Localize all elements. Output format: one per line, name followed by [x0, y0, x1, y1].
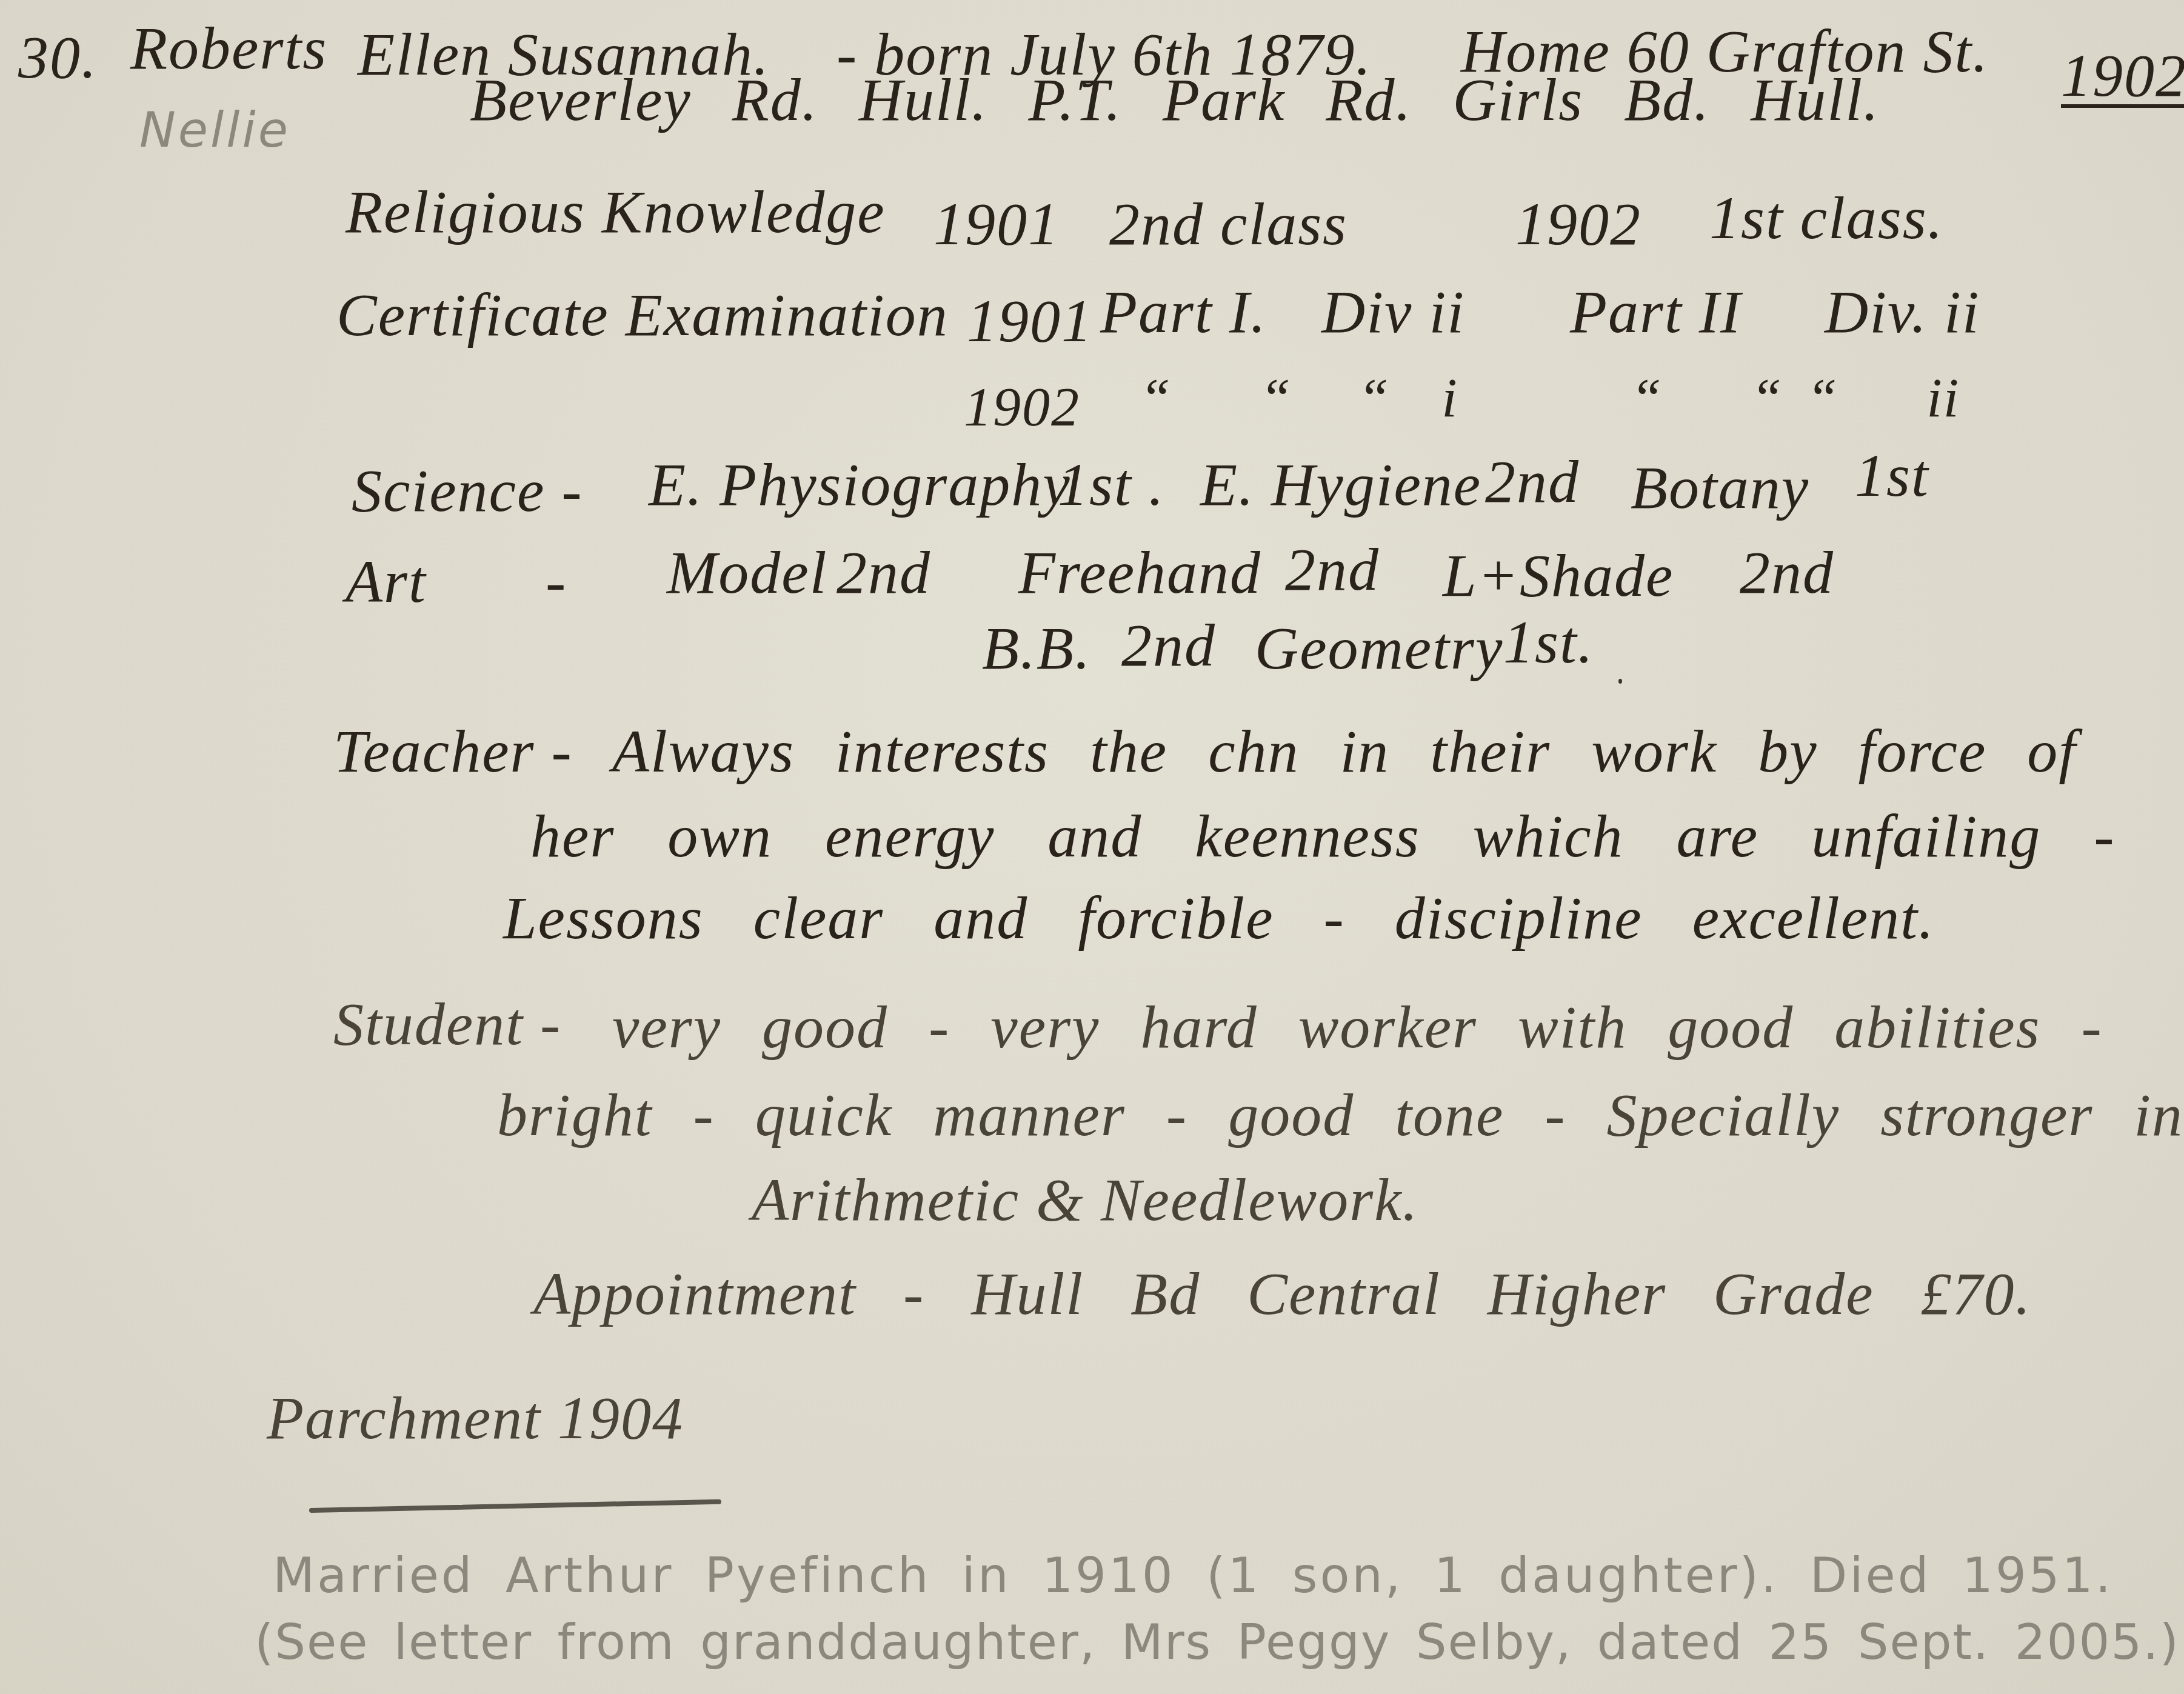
- science-grade-physiography: 1st .: [1058, 455, 1165, 515]
- register-page: 30. Roberts Ellen Susannah. - born July …: [0, 0, 2184, 1694]
- rk-year-1901: 1901: [933, 194, 1060, 255]
- student-line1: very good - very hard worker with good a…: [612, 997, 2103, 1058]
- student-line3: Arithmetic & Needlework.: [752, 1170, 1419, 1230]
- pencil-note-letter-reference: (See letter from granddaughter, Mrs Pegg…: [255, 1618, 2180, 1667]
- cert-1901-part2-div: Div. ii: [1825, 282, 1980, 342]
- cert-1902-part1: “ “: [1140, 370, 1292, 425]
- pencil-note-marriage: Married Arthur Pyefinch in 1910 (1 son, …: [273, 1552, 2113, 1600]
- art-label: Art: [346, 552, 427, 612]
- cert-1902-part2: “ “: [1631, 370, 1783, 425]
- cert-1901-year: 1901: [967, 291, 1093, 352]
- rk-result-1901: 2nd class: [1109, 194, 1347, 255]
- science-grade-hygiene: 2nd: [1485, 452, 1580, 512]
- science-subject-physiography: E. Physiography: [649, 455, 1071, 515]
- cert-1902-part2-div: “ ii: [1806, 370, 1960, 425]
- register-year: 1902: [2061, 45, 2184, 106]
- religious-knowledge-label: Religious Knowledge: [346, 182, 886, 242]
- certificate-exam-label: Certificate Examination: [336, 285, 949, 345]
- art-subject-geometry: Geometry: [1255, 618, 1503, 679]
- parchment-text: Parchment 1904: [267, 1388, 684, 1449]
- surname: Roberts: [130, 18, 327, 79]
- appointment-text: Appointment - Hull Bd Central Higher Gra…: [533, 1264, 2032, 1324]
- cert-1902-year: 1902: [964, 379, 1080, 435]
- art-subject-bb: B.B.: [982, 618, 1091, 679]
- art-grade-light-shade: 2nd: [1740, 542, 1834, 603]
- art-grade-freehand: 2nd: [1285, 539, 1380, 600]
- teacher-line3: Lessons clear and forcible - discipline …: [503, 888, 1935, 949]
- student-label: Student -: [333, 994, 561, 1055]
- ink-blot: [1618, 679, 1622, 684]
- science-grade-botany: 1st: [1855, 445, 1929, 506]
- teacher-label: Teacher -: [333, 721, 573, 782]
- separator-rule: [309, 1499, 721, 1513]
- art-grade-model: 2nd: [837, 542, 931, 603]
- student-line2: bright - quick manner - good tone - Spec…: [497, 1085, 2183, 1145]
- art-subject-freehand: Freehand: [1018, 542, 1261, 603]
- rk-year-1902: 1902: [1515, 194, 1641, 255]
- entry-number: 30.: [18, 27, 98, 88]
- art-subject-light-shade: L+Shade: [1443, 545, 1674, 606]
- science-label: Science -: [352, 461, 583, 521]
- teacher-line2: her own energy and keenness which are un…: [530, 806, 2116, 867]
- home-address-line2: Beverley Rd. Hull. P.T. Park Rd. Girls B…: [470, 70, 1880, 130]
- art-grade-bb: 2nd: [1121, 615, 1216, 676]
- nickname-pencil: Nellie: [139, 106, 290, 155]
- art-subject-model: Model: [667, 542, 827, 603]
- science-subject-botany: Botany: [1631, 458, 1809, 518]
- cert-1902-part1-div: “ i: [1358, 370, 1458, 425]
- rk-result-1902: 1st class.: [1709, 188, 1944, 248]
- science-subject-hygiene: E. Hygiene: [1200, 455, 1481, 515]
- cert-1901-part1: Part I.: [1100, 282, 1267, 342]
- art-dash: -: [546, 552, 567, 612]
- art-grade-geometry: 1st.: [1503, 612, 1594, 673]
- teacher-line1: Always interests the chn in their work b…: [612, 721, 2077, 782]
- cert-1901-part2: Part II: [1570, 282, 1742, 342]
- cert-1901-part1-div: Div ii: [1321, 282, 1465, 342]
